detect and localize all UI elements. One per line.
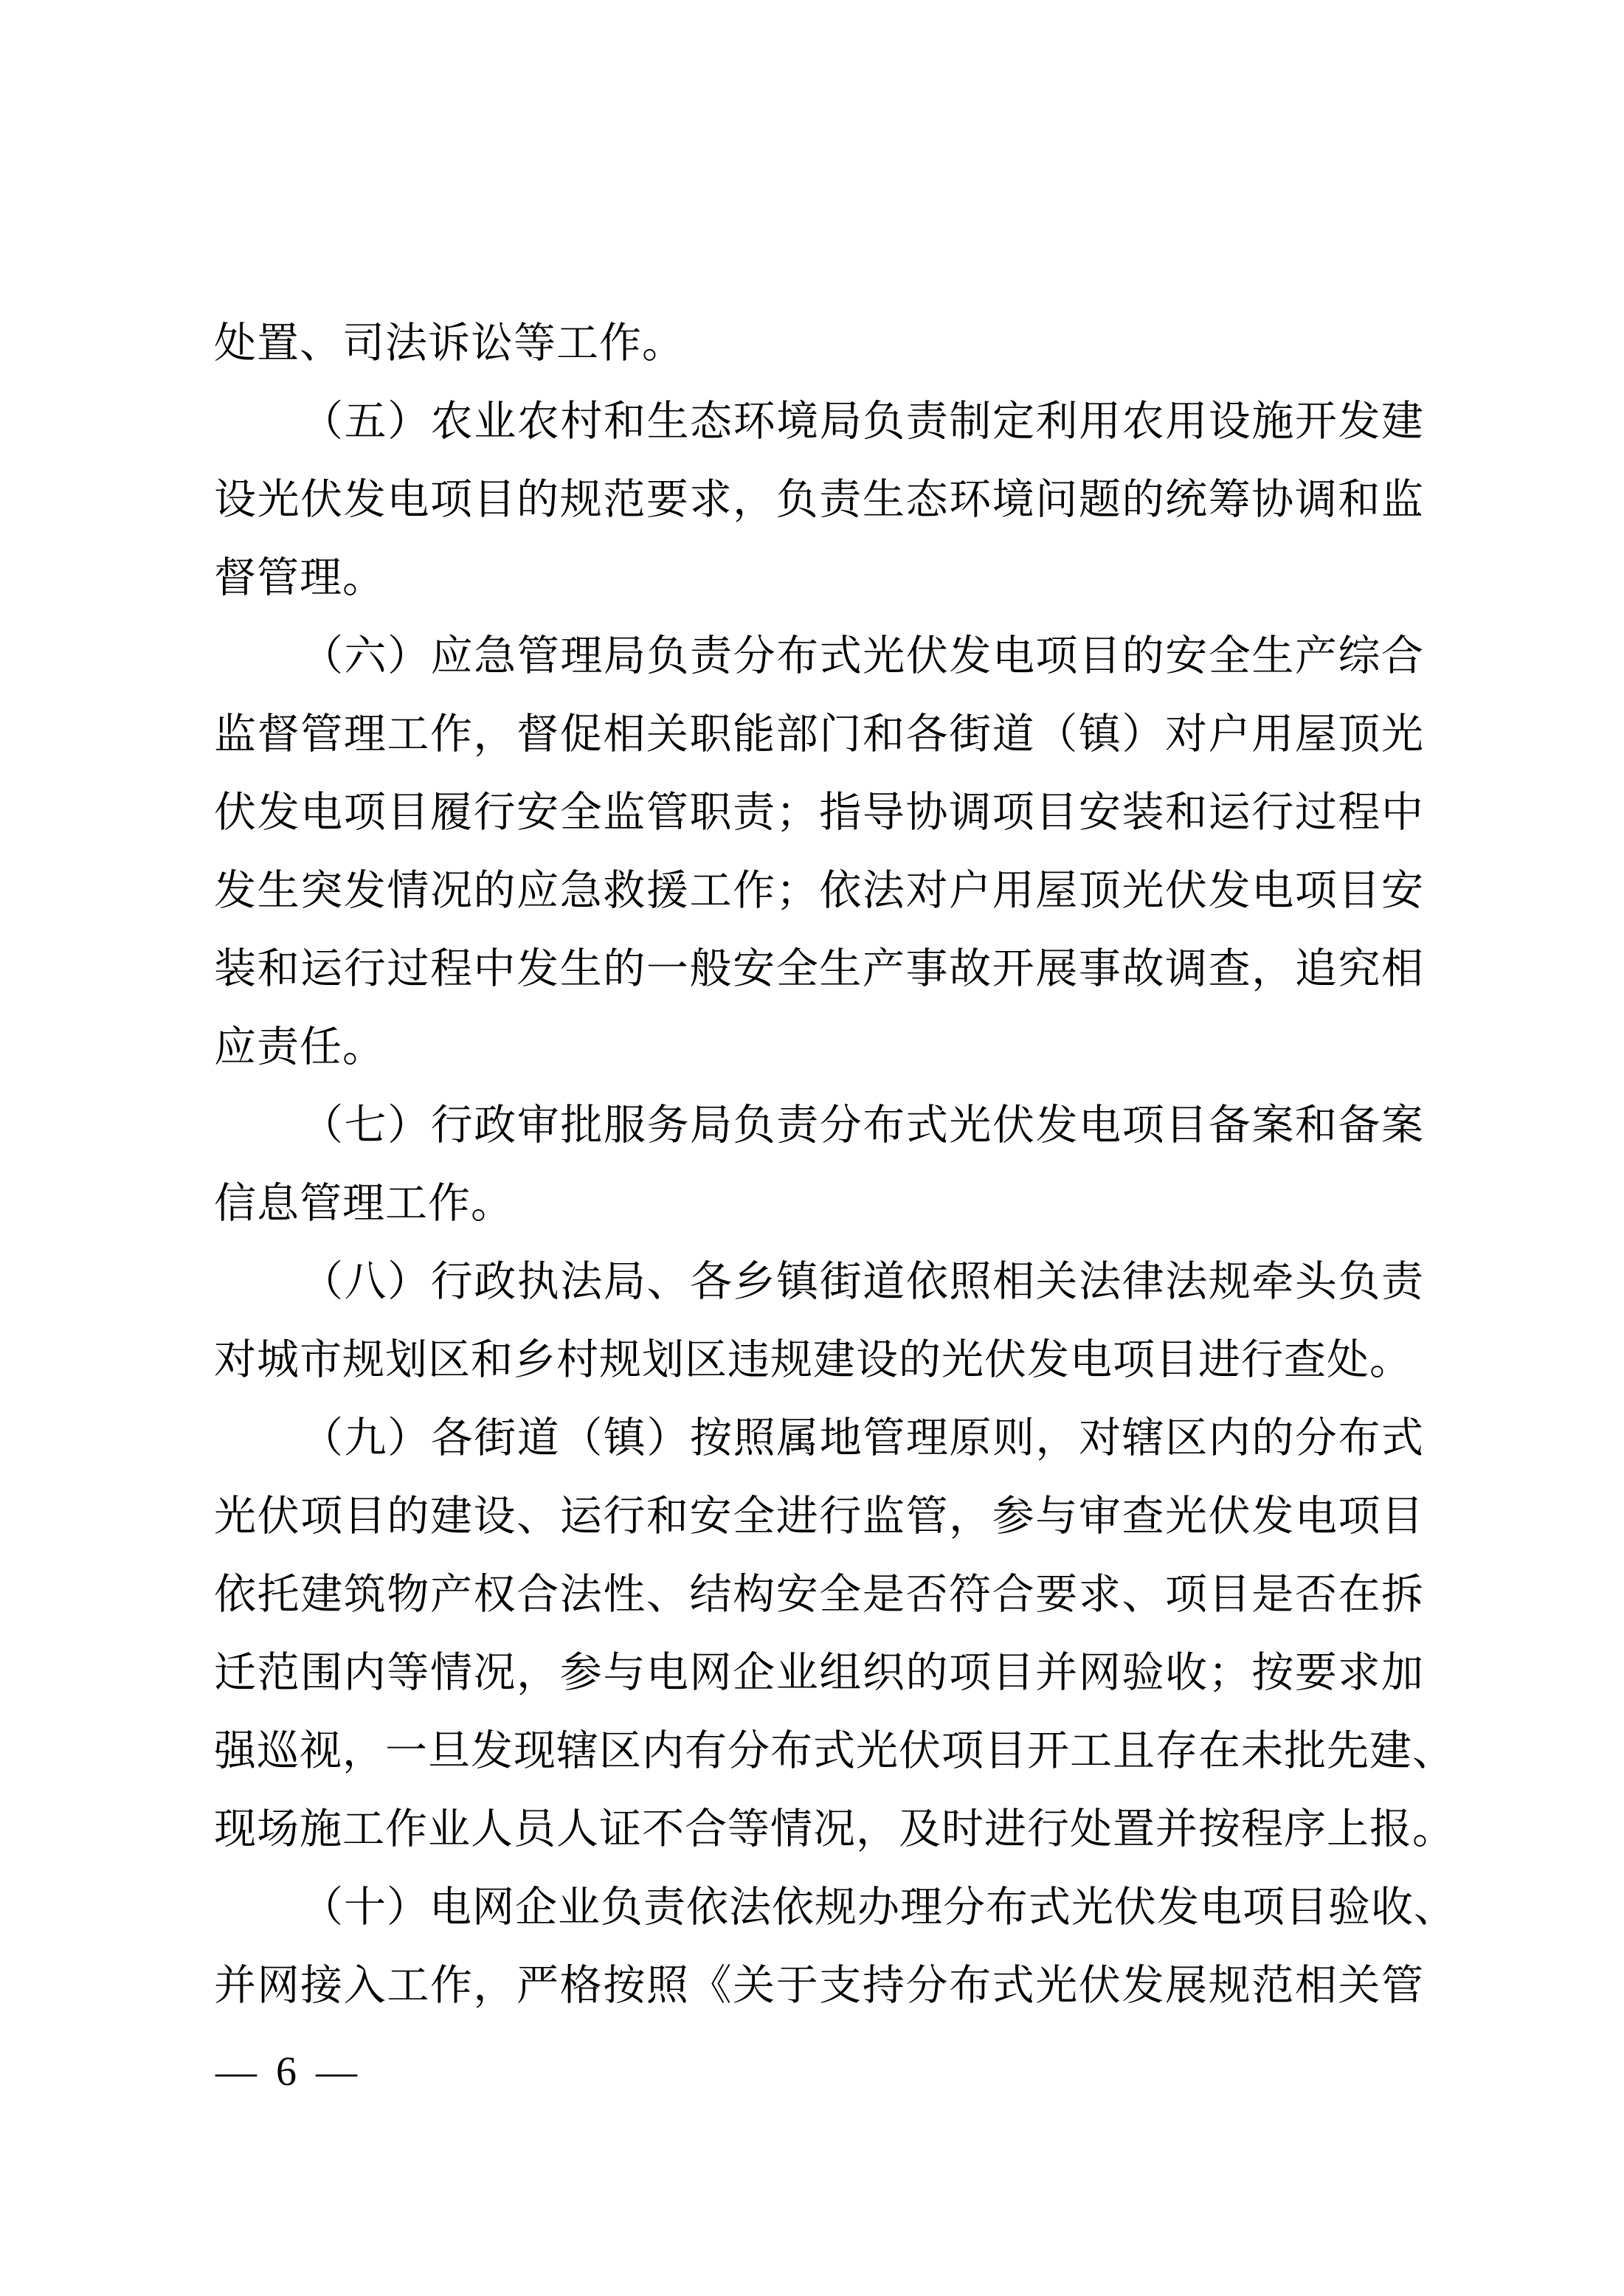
text-line: 强巡视，一旦发现辖区内有分布式光伏项目开工且存在未批先建、 bbox=[214, 1712, 1424, 1791]
text-line: 应责任。 bbox=[214, 1009, 1424, 1087]
text-line: 伏发电项目履行安全监管职责；指导协调项目安装和运行过程中 bbox=[214, 774, 1424, 852]
document-page: 处置、司法诉讼等工作。（五）农业农村和生态环境局负责制定利用农用设施开发建设光伏… bbox=[0, 0, 1624, 2296]
text-line: 监督管理工作，督促相关职能部门和各街道（镇）对户用屋顶光 bbox=[214, 696, 1424, 774]
text-line: 迁范围内等情况，参与电网企业组织的项目并网验收；按要求加 bbox=[214, 1634, 1424, 1712]
text-line: 装和运行过程中发生的一般安全生产事故开展事故调查，追究相 bbox=[214, 930, 1424, 1009]
text-line: 督管理。 bbox=[214, 539, 1424, 618]
text-line: 光伏项目的建设、运行和安全进行监管，参与审查光伏发电项目 bbox=[214, 1478, 1424, 1556]
text-line: （六）应急管理局负责分布式光伏发电项目的安全生产综合 bbox=[214, 618, 1424, 696]
text-line: 信息管理工作。 bbox=[214, 1165, 1424, 1243]
text-line: 现场施工作业人员人证不合等情况，及时进行处置并按程序上报。 bbox=[214, 1791, 1424, 1869]
text-line: 依托建筑物产权合法性、结构安全是否符合要求、项目是否在拆 bbox=[214, 1556, 1424, 1634]
text-line: （五）农业农村和生态环境局负责制定利用农用设施开发建 bbox=[214, 383, 1424, 461]
text-line: 并网接入工作，严格按照《关于支持分布式光伏发展规范相关管 bbox=[214, 1947, 1424, 2025]
text-line: （九）各街道（镇）按照属地管理原则，对辖区内的分布式 bbox=[214, 1400, 1424, 1478]
text-line: 设光伏发电项目的规范要求，负责生态环境问题的统筹协调和监 bbox=[214, 461, 1424, 539]
text-line: （十）电网企业负责依法依规办理分布式光伏发电项目验收、 bbox=[214, 1869, 1424, 1947]
text-line: （八）行政执法局、各乡镇街道依照相关法律法规牵头负责 bbox=[214, 1243, 1424, 1321]
text-line: 发生突发情况的应急救援工作；依法对户用屋顶光伏发电项目安 bbox=[214, 852, 1424, 930]
text-line: （七）行政审批服务局负责分布式光伏发电项目备案和备案 bbox=[214, 1087, 1424, 1165]
document-body: 处置、司法诉讼等工作。（五）农业农村和生态环境局负责制定利用农用设施开发建设光伏… bbox=[214, 305, 1424, 2025]
page-number: — 6 — bbox=[215, 2048, 359, 2095]
text-line: 处置、司法诉讼等工作。 bbox=[214, 305, 1424, 383]
text-line: 对城市规划区和乡村规划区违规建设的光伏发电项目进行查处。 bbox=[214, 1321, 1424, 1400]
